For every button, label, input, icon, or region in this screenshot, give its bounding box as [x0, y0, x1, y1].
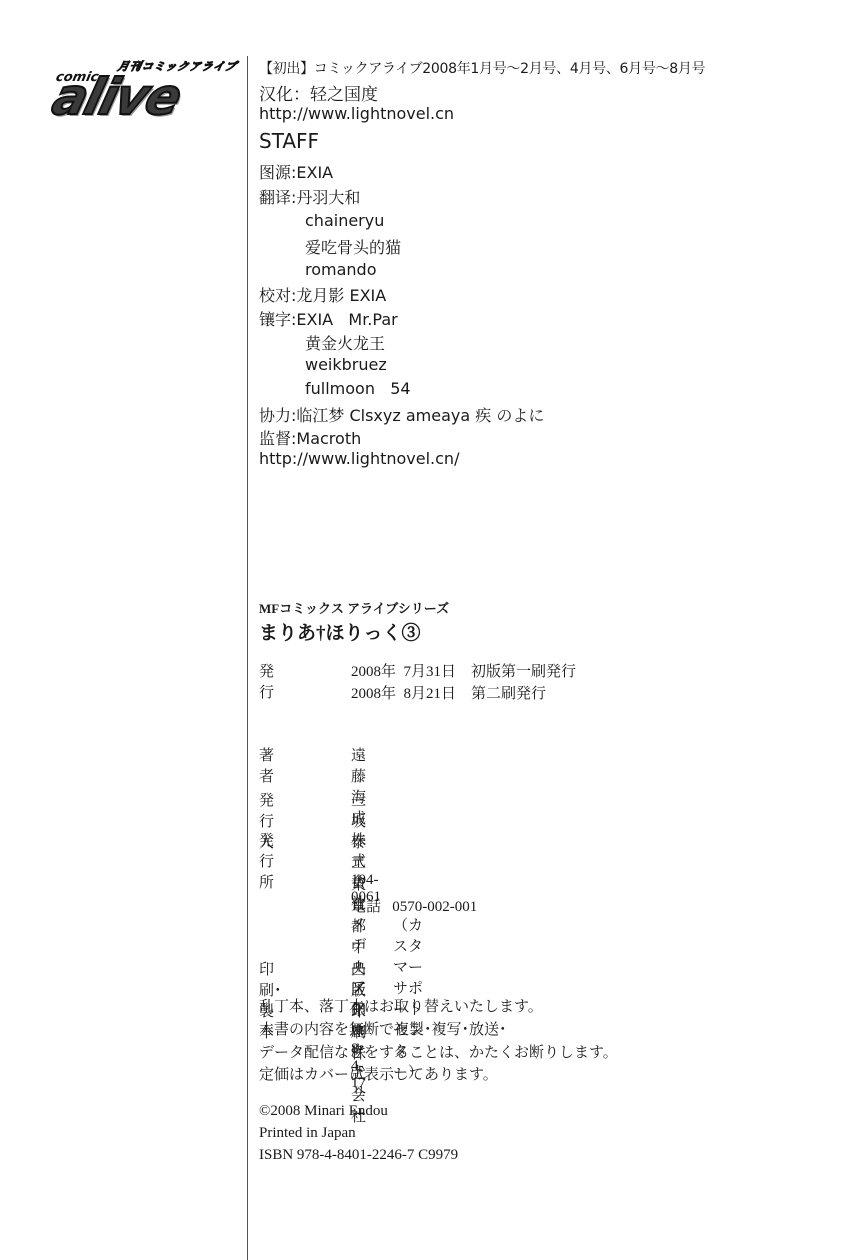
logo-alive-text: alive	[48, 72, 185, 122]
printed-in: Printed in Japan	[259, 1125, 356, 1142]
copyright: ©2008 Minari Endou	[259, 1103, 388, 1120]
issue-label: 発行	[259, 660, 274, 702]
staff-supervisor: 监督:Macroth	[259, 426, 361, 449]
staff-assistance: 协力:临江梦 Clsxyz ameaya 疾 のよに	[259, 403, 544, 426]
staff-proofreading: 校对:龙月影 EXIA	[259, 283, 386, 306]
notice-line: 乱丁本、落丁本はお取り替えいたします。	[259, 995, 543, 1016]
phone: 電話 0570-002-001	[351, 895, 477, 916]
issue-first-printing: 2008年 7月31日 初版第一刷発行	[351, 660, 576, 681]
book-title: まりあ†ほりっく③	[259, 618, 421, 645]
url-top: http://www.lightnovel.cn	[259, 104, 454, 123]
staff-typesetter: 黄金火龙王	[305, 331, 385, 354]
original-publication: 【初出】コミックアライブ2008年1月号～2月号、4月号、6月号～8月号	[259, 58, 705, 78]
publisher-label: 発行所	[259, 829, 274, 892]
staff-translation: 翻译:丹羽大和	[259, 185, 360, 208]
staff-translator: chaineryu	[305, 211, 384, 230]
staff-translator: romando	[305, 260, 377, 279]
notice-line: 定価はカバーに表示してあります。	[259, 1063, 498, 1084]
staff-typesetter: fullmoon 54	[305, 379, 411, 398]
staff-translator: 爱吃骨头的猫	[305, 235, 401, 258]
comic-alive-logo: 月刊コミックアライブ comic alive	[54, 58, 239, 118]
staff-heading: STAFF	[259, 129, 319, 153]
staff-typesetter: weikbruez	[305, 355, 387, 374]
staff-typesetting: 镶字:EXIA Mr.Par	[259, 307, 398, 330]
issue-second-printing: 2008年 8月21日 第二刷発行	[351, 682, 546, 703]
series-name: MFコミックス アライブシリーズ	[259, 598, 449, 617]
vertical-divider	[247, 56, 248, 1260]
url-bottom: http://www.lightnovel.cn/	[259, 449, 459, 468]
isbn: ISBN 978-4-8401-2246-7 C9979	[259, 1147, 458, 1164]
notice-line: 本書の内容を無断で複製･複写･放送･	[259, 1018, 507, 1039]
notice-line: データ配信などをすることは、かたくお断りします。	[259, 1041, 618, 1062]
author-label: 著者	[259, 744, 274, 786]
colophon-page: 月刊コミックアライブ comic alive 【初出】コミックアライブ2008年…	[0, 0, 855, 1260]
translation-group: 汉化：轻之国度	[259, 80, 378, 105]
staff-source: 图源:EXIA	[259, 160, 333, 183]
